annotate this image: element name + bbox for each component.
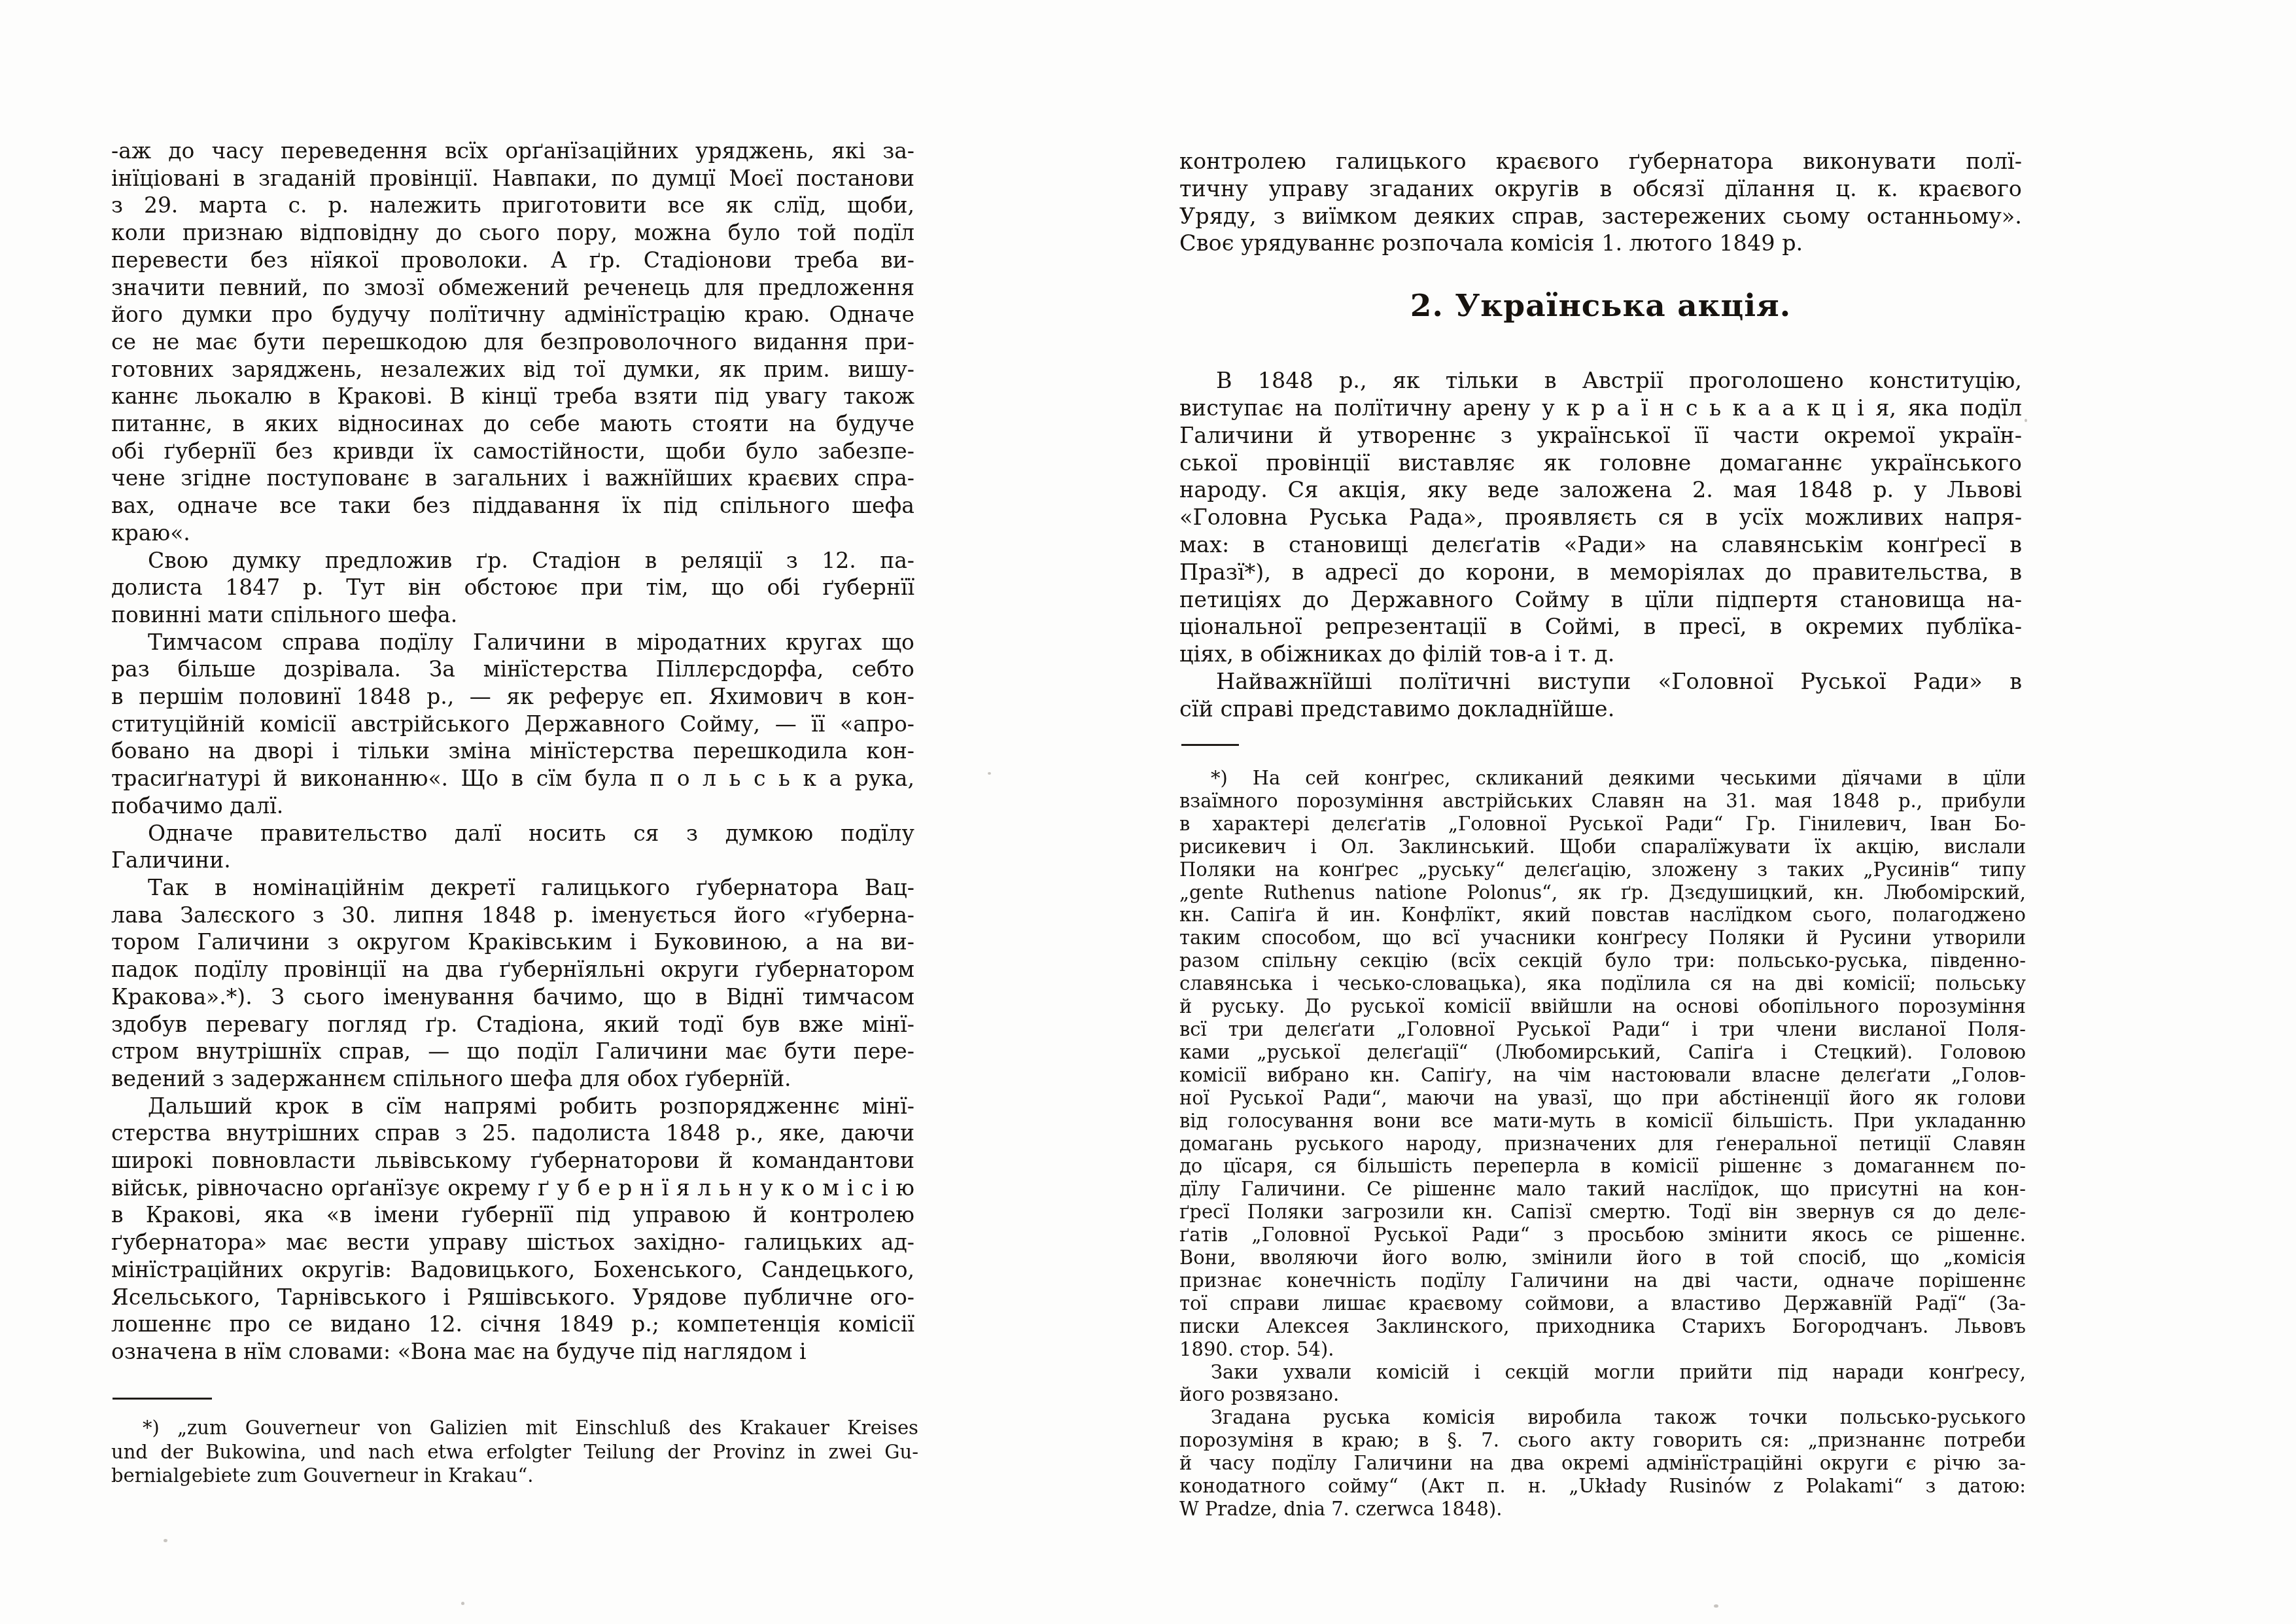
text-line: й руську. До руської комісії ввійшли на … [1179, 995, 2026, 1018]
text-line: порозуміня в краю; в §. 7. сього акту го… [1179, 1429, 2026, 1452]
left-page-footnote: *) „zum Gouverneur von Galizien mit Eins… [111, 1416, 918, 1488]
text-line: всї три делєґати „Головної Руської Ради“… [1179, 1018, 2026, 1041]
paragraph: Так в номінаційнім декретї галицького ґу… [111, 874, 914, 1093]
text-line: в характері делєґатів „Головної Руської … [1179, 813, 2026, 836]
text-line: здобув перевагу погляд ґр. Стадіона, яки… [111, 1011, 914, 1038]
text-line: тором Галичини з округом Краківським і Б… [111, 928, 914, 956]
text-line: разом спільну секцію (всїх секцій було т… [1179, 949, 2026, 972]
text-line: інїціовані в згаданій провінції. Навпаки… [111, 165, 914, 192]
text-line: питаннє, в яких відносинах до себе мають… [111, 410, 914, 438]
paragraph: Заки ухвали комісій і секцій могли прийт… [1179, 1361, 2026, 1407]
text-line: Дальший крок в сїм напрямі робить розпор… [111, 1093, 914, 1120]
text-line: бовано на дворі і тільки зміна мінїстерс… [111, 737, 914, 765]
text-line: ґресї Поляки загрозили кн. Сапізї смертю… [1179, 1201, 2026, 1224]
text-line: Одначе правительство далї носить ся з ду… [111, 820, 914, 847]
text-line: тої справи лишає краєвому соймови, а вла… [1179, 1292, 2026, 1315]
text-line: в першім половинї 1848 р., — як реферує … [111, 683, 914, 711]
text-line: стром внутрішнїх справ, — що подїл Галич… [111, 1038, 914, 1065]
text-line: bernialgebiete zum Gouverneur in Krakau“… [111, 1464, 918, 1488]
text-line: Ясельського, Тарнівського і Ряшівського.… [111, 1284, 914, 1311]
paragraph: Одначе правительство далї носить ся з ду… [111, 820, 914, 874]
text-line: побачимо далї. [111, 792, 914, 820]
text-line: таким способом, що всї учасники конґресу… [1179, 927, 2026, 949]
text-line: писки Алексея Заклинского, приходника Ст… [1179, 1315, 2026, 1338]
text-line: «Головна Руська Рада», проявляєть ся в у… [1179, 504, 2022, 531]
text-line: und der Bukowina, und nach etwa erfolgte… [111, 1440, 918, 1464]
paragraph: контролею галицького краєвого ґубернатор… [1179, 148, 2022, 257]
text-line: коли признаю відповідну до сього пору, м… [111, 219, 914, 247]
section-heading: 2. Українська акція. [1179, 287, 2022, 325]
text-line: комісії вибрано кн. Сапіґу, на чім насто… [1179, 1064, 2026, 1087]
text-line: з 29. марта с. р. належить приготовити в… [111, 192, 914, 219]
text-line: Своє урядуваннє розпочала комісія 1. лют… [1179, 230, 2022, 257]
text-line: рисикевич і Ол. Заклинський. Щоби спарал… [1179, 836, 2026, 858]
text-line: Уряду, з виїмком деяких справ, застереже… [1179, 203, 2022, 230]
text-line: Згадана руська комісія виробила також то… [1179, 1406, 2026, 1429]
paragraph: *) „zum Gouverneur von Galizien mit Eins… [111, 1416, 918, 1488]
paragraph: -аж до часу переведення всїх орґанїзацій… [111, 137, 914, 547]
text-line: Заки ухвали комісій і секцій могли прийт… [1179, 1361, 2026, 1384]
right-footnote-rule [1181, 744, 1239, 746]
text-line: Так в номінаційнім декретї галицького ґу… [111, 874, 914, 902]
text-line: Тимчасом справа подїлу Галичини в мірода… [111, 629, 914, 656]
right-page-body: В 1848 р., як тільки в Австрії проголоше… [1179, 367, 2022, 722]
text-line: його думки про будучу полїтичну адмінїст… [111, 301, 914, 328]
text-line: й часу подїлу Галичини на два окремі адм… [1179, 1452, 2026, 1475]
text-line: славянська і чесько-словацька), яка подї… [1179, 972, 2026, 995]
text-line: означена в нїм словами: «Вона має на буд… [111, 1338, 914, 1366]
text-line: В 1848 р., як тільки в Австрії проголоше… [1179, 367, 2022, 395]
paragraph: Тимчасом справа подїлу Галичини в мірода… [111, 629, 914, 820]
left-footnote-rule [113, 1398, 212, 1400]
text-line: чене згідне поступованє в загальних і ва… [111, 465, 914, 492]
text-line: Вони, вволяючи його волю, змінили його в… [1179, 1246, 2026, 1269]
text-line: лошеннє про се видано 12. січня 1849 р.;… [111, 1311, 914, 1338]
text-line: Найважнїйші полїтичні виступи «Головної … [1179, 668, 2022, 696]
text-line: тичну управу згаданих округів в обсязї д… [1179, 175, 2022, 203]
text-line: до цїсаря, ся більшість переперла в комі… [1179, 1155, 2026, 1178]
text-line: обі ґубернїї без кривди їх самостійности… [111, 438, 914, 465]
paragraph: Свою думку предложив ґр. Стадіон в реляц… [111, 547, 914, 629]
text-line: трасиґнатурі й виконанню«. Що в сїм була… [111, 765, 914, 792]
text-line: Кракова».*). З сього іменування бачимо, … [111, 983, 914, 1011]
scan-speck [461, 1602, 464, 1605]
text-line: мінїстраційних округів: Вадовицького, Бо… [111, 1256, 914, 1284]
text-line: взаїмного порозуміння австрійських Славя… [1179, 790, 2026, 813]
scan-speck [1714, 1604, 1718, 1608]
paragraph: В 1848 р., як тільки в Австрії проголоше… [1179, 367, 2022, 668]
paragraph: *) На сей конґрес, скликаний деякими чес… [1179, 767, 2026, 1361]
paragraph: Дальший крок в сїм напрямі робить розпор… [111, 1093, 914, 1366]
text-line: краю«. [111, 520, 914, 547]
text-line: петиціях до Державного Сойму в цїли підп… [1179, 586, 2022, 614]
right-page-text: контролею галицького краєвого ґубернатор… [1179, 148, 2022, 723]
text-line: його розвязано. [1179, 1383, 2026, 1406]
right-page-opening: контролею галицького краєвого ґубернатор… [1179, 148, 2022, 257]
text-line: Свою думку предложив ґр. Стадіон в реляц… [111, 547, 914, 574]
text-line: перевести без нїякої проволоки. А ґр. Ст… [111, 247, 914, 274]
text-line: кн. Сапіґа й ин. Конфлїкт, який повстав … [1179, 904, 2026, 927]
text-line: ґатів „Головної Руської Ради“ з просьбою… [1179, 1224, 2026, 1246]
text-line: домагань руського народу, призначених дл… [1179, 1133, 2026, 1156]
text-line: ґубернатора» має вести управу шістьох за… [111, 1229, 914, 1256]
text-line: широкі повновласти львівському ґубернато… [111, 1147, 914, 1174]
text-line: готовних заряджень, незалежих від тої ду… [111, 356, 914, 383]
text-line: долиста 1847 р. Тут він обстоює при тім,… [111, 574, 914, 601]
text-line: се не має бути перешкодою для безпроволо… [111, 328, 914, 356]
text-line: ної Руської Ради“, маючи на увазї, що пр… [1179, 1087, 2026, 1110]
text-line: 1890. стор. 54). [1179, 1338, 2026, 1361]
text-line: Поляки на конґрес „руську“ делєґацію, зл… [1179, 858, 2026, 881]
text-line: Празї*), в адресї до корони, в меморіяла… [1179, 559, 2022, 586]
paragraph: Найважнїйші полїтичні виступи «Головної … [1179, 668, 2022, 723]
text-line: конодатного сойму“ (Акт п. н. „Układy Ru… [1179, 1475, 2026, 1498]
text-line: ціях, в обіжниках до філій тов-а і т. д. [1179, 641, 2022, 668]
right-page-footnote: *) На сей конґрес, скликаний деякими чес… [1179, 767, 2026, 1521]
text-line: дїлу Галичини. Се рішеннє мало такий нас… [1179, 1178, 2026, 1201]
text-line: стерства внутрішних справ з 25. падолист… [111, 1120, 914, 1147]
text-line: вах, одначе все таки без піддавання їх п… [111, 492, 914, 520]
text-line: Галичини й утвореннє з української її ча… [1179, 422, 2022, 450]
text-line: ками „руської делєґації“ (Любомирський, … [1179, 1041, 2026, 1064]
text-line: -аж до часу переведення всїх орґанїзацій… [111, 137, 914, 165]
text-line: мах: в становищі делєґатів «Ради» на сла… [1179, 531, 2022, 559]
text-line: від голосування вони все мати-муть в ком… [1179, 1110, 2026, 1133]
text-line: ціональної репрезентації в Соймі, в прес… [1179, 613, 2022, 641]
text-line: W Pradze, dnia 7. czerwca 1848). [1179, 1498, 2026, 1521]
text-line: падок подїлу провінції на два ґубернїяль… [111, 956, 914, 983]
text-line: лава Залєского з 30. липня 1848 р. імену… [111, 902, 914, 929]
text-line: в Кракові, яка «в імени ґубернїї під упр… [111, 1201, 914, 1229]
text-line: повинні мати спільного шефа. [111, 601, 914, 629]
text-line: Галичини. [111, 847, 914, 874]
left-page-text: -аж до часу переведення всїх орґанїзацій… [111, 137, 914, 1366]
text-line: *) „zum Gouverneur von Galizien mit Eins… [111, 1416, 918, 1440]
scan-speck [988, 772, 991, 775]
text-line: виступає на полїтичну арену у к р а ї н … [1179, 395, 2022, 422]
text-line: військ, рівночасно орґанїзує окрему ґ у … [111, 1174, 914, 1202]
text-line: „gente Ruthenus natione Polonus“, як ґр.… [1179, 881, 2026, 904]
text-line: сїй справі представимо докладнїйше. [1179, 696, 2022, 723]
text-line: контролею галицького краєвого ґубернатор… [1179, 148, 2022, 175]
text-line: значити певний, по змозї обмежений речен… [111, 274, 914, 302]
text-line: каннє льокалю в Кракові. В кінцї треба в… [111, 383, 914, 410]
scan-speck [2025, 419, 2027, 422]
text-line: ституційній комісії австрійського Держав… [111, 711, 914, 738]
text-line: признає конечність подїлу Галичини на дв… [1179, 1269, 2026, 1292]
text-line: раз більше дозрівала. За мінїстерства Пі… [111, 656, 914, 683]
text-line: ської провінції виставляє як головне дом… [1179, 450, 2022, 477]
text-line: *) На сей конґрес, скликаний деякими чес… [1179, 767, 2026, 790]
text-line: ведений з задержаннєм спільного шефа для… [111, 1065, 914, 1093]
scan-speck [164, 1539, 167, 1542]
text-line: народу. Ся акція, яку веде заложена 2. м… [1179, 476, 2022, 504]
paragraph: Згадана руська комісія виробила також то… [1179, 1406, 2026, 1521]
